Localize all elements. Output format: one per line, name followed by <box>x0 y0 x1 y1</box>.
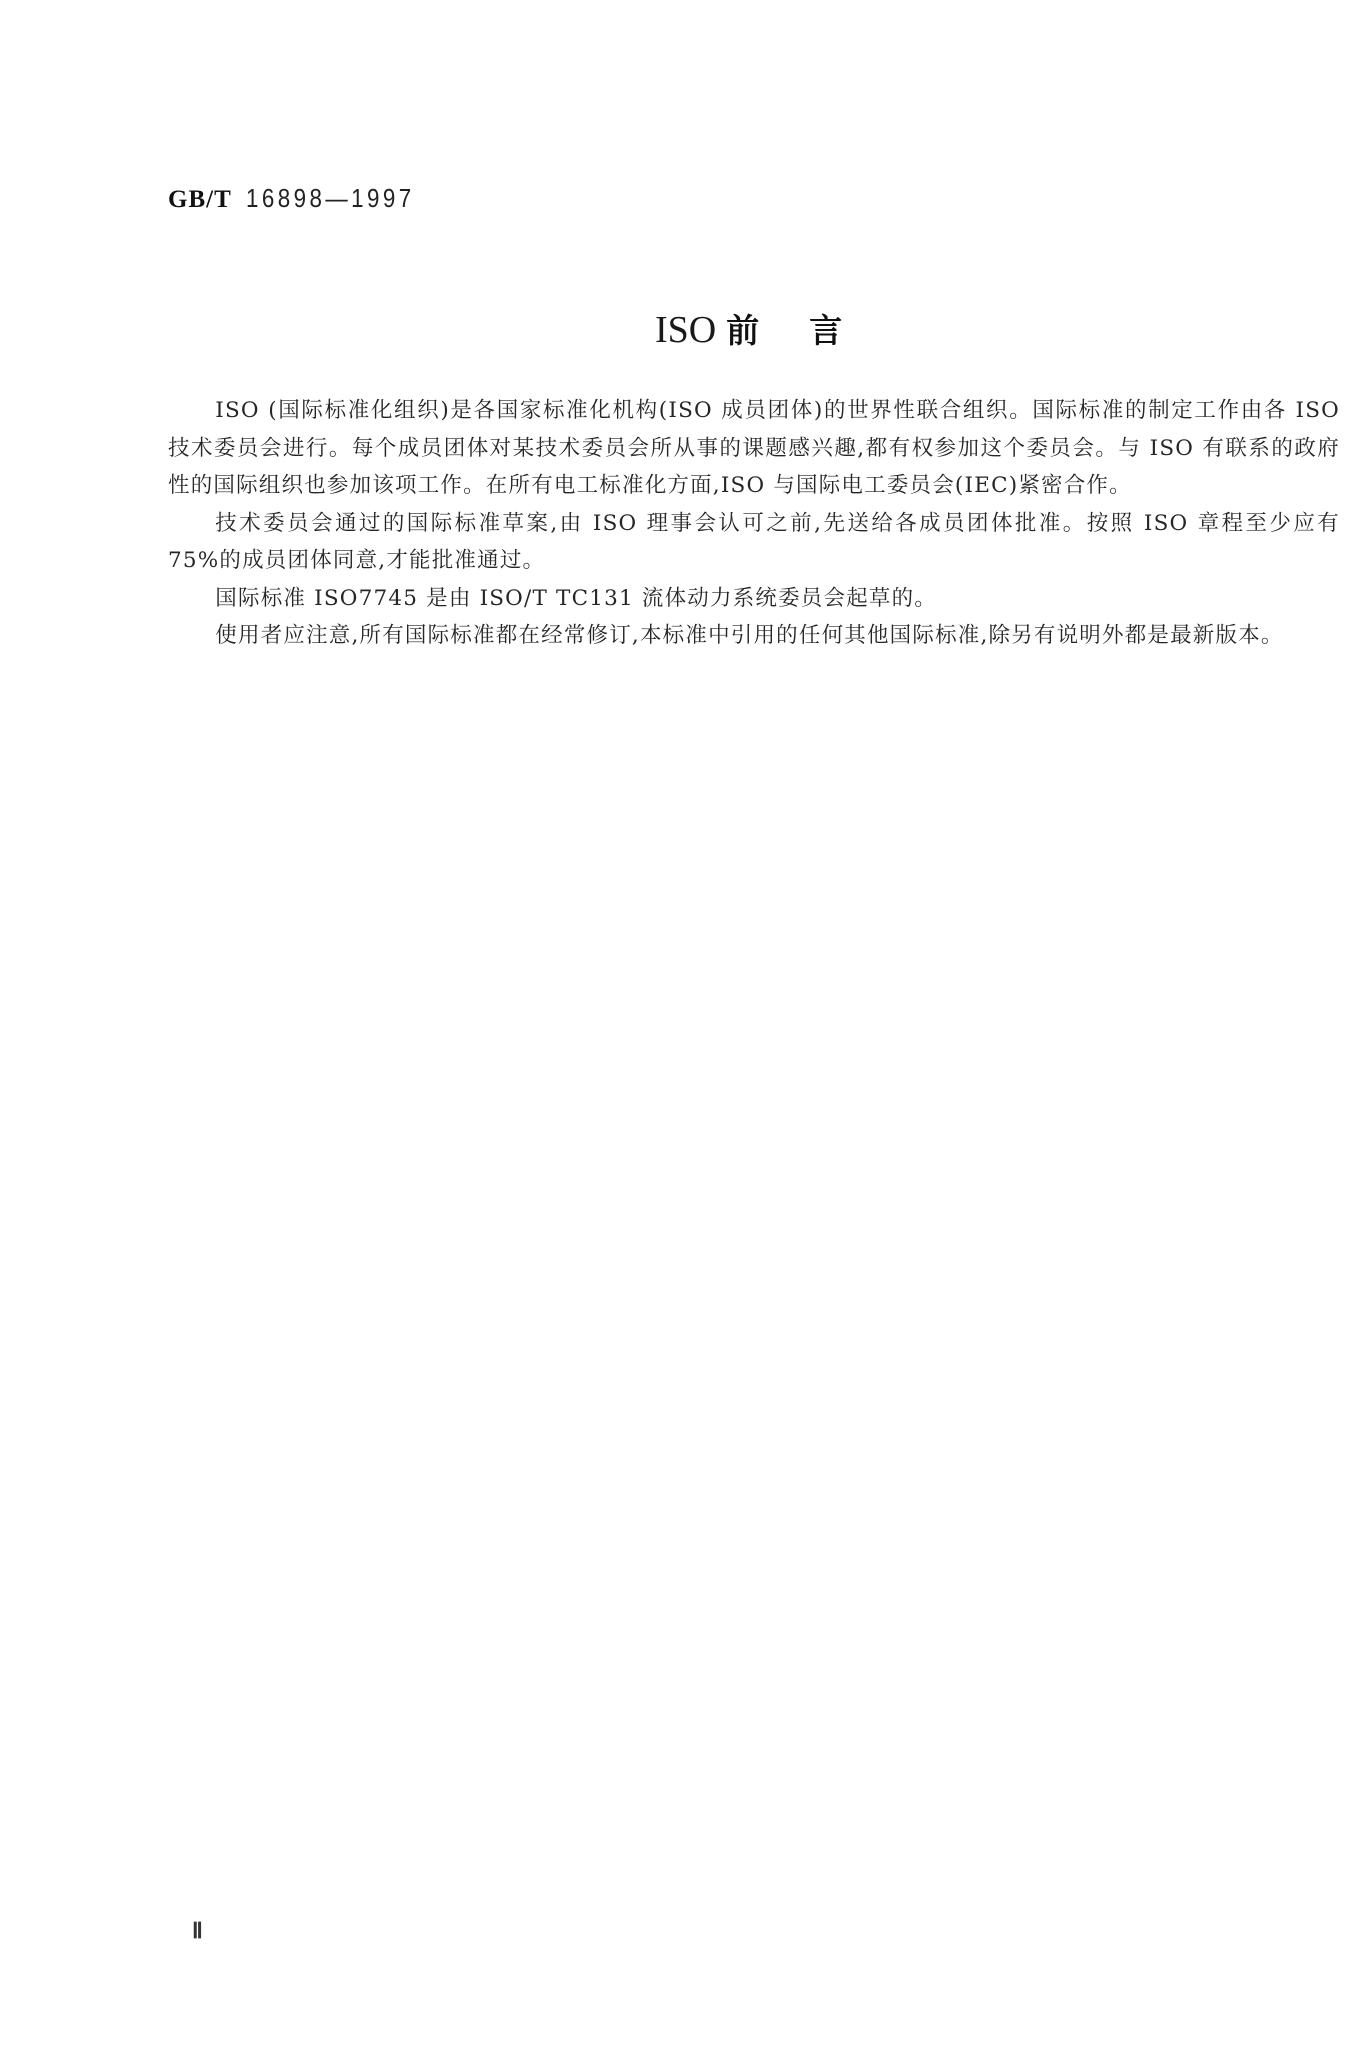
standard-number: 16898—1997 <box>246 184 415 212</box>
page-title: ISO前言 <box>655 308 842 352</box>
page-number: Ⅱ <box>192 1918 203 1944</box>
title-prefix: ISO <box>655 309 716 351</box>
paragraph-approval-process: 技术委员会通过的国际标准草案,由 ISO 理事会认可之前,先送给各成员团体批准。… <box>168 505 1340 580</box>
paragraph-iso-organization: ISO (国际标准化组织)是各国家标准化机构(ISO 成员团体)的世界性联合组织… <box>168 392 1340 505</box>
standard-prefix: GB/T <box>168 186 232 213</box>
paragraph-revision-notice: 使用者应注意,所有国际标准都在经常修订,本标准中引用的任何其他国际标准,除另有说… <box>168 617 1340 655</box>
title-word-1: 前 <box>726 311 759 350</box>
paragraph-drafting-committee: 国际标准 ISO7745 是由 ISO/T TC131 流体动力系统委员会起草的… <box>168 580 1340 618</box>
title-word-2: 言 <box>809 311 842 350</box>
document-header: GB/T16898—1997 <box>168 184 442 212</box>
foreword-body: ISO (国际标准化组织)是各国家标准化机构(ISO 成员团体)的世界性联合组织… <box>168 392 1340 655</box>
